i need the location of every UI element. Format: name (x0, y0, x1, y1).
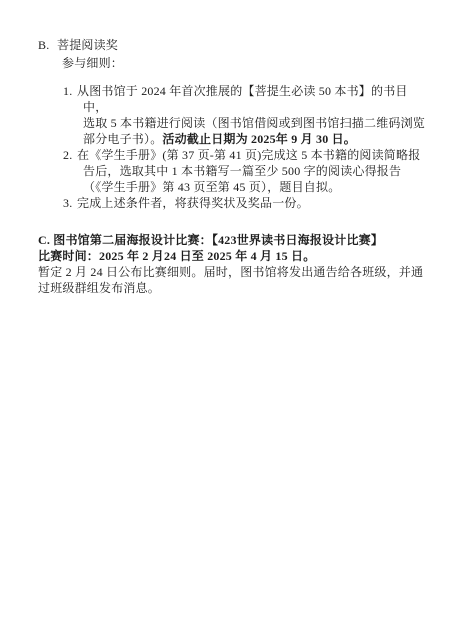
section-b-marker: B. (38, 37, 57, 53)
list-item-number: 1. (63, 83, 77, 99)
list-item-text: 完成上述条件者，将获得奖状及奖品一份。 (77, 196, 309, 210)
section-c-time: 比赛时间：2025 年 2 月24 日至 2025 年 4 月 15 日。 (38, 248, 430, 264)
list-item-number: 2. (63, 147, 77, 163)
rule-list: 1.从图书馆于 2024 年首次推展的【菩提生必读 50 本书】的书目中， 选取… (38, 83, 430, 211)
list-item-bold-text: 活动截止日期为 2025年 9 月 30 日。 (162, 132, 356, 146)
rule-list-item-2: 2.在《学生手册》(第 37 页-第 41 页)完成这 5 本书籍的阅读简略报 … (38, 147, 430, 195)
document-page: B.菩提阅读奖 参与细则： 1.从图书馆于 2024 年首次推展的【菩提生必读 … (0, 0, 451, 640)
list-item-number: 3. (63, 195, 77, 211)
section-b-title-row: B.菩提阅读奖 (38, 37, 431, 53)
rule-list-item-1: 1.从图书馆于 2024 年首次推展的【菩提生必读 50 本书】的书目中， 选取… (38, 83, 430, 147)
list-item-text: 在《学生手册》(第 37 页-第 41 页)完成这 5 本书籍的阅读简略报 告后… (77, 148, 420, 194)
section-c-body: 暂定 2 月 24 日公布比赛细则。届时，图书馆将发出通告给各班级，并通 过班级… (38, 264, 430, 296)
section-c: C. 图书馆第二届海报设计比赛：【423世界读书日海报设计比赛】 比赛时间：20… (38, 232, 430, 296)
section-b-subtitle: 参与细则： (62, 55, 431, 71)
section-b-title: 菩提阅读奖 (57, 38, 118, 52)
section-b: B.菩提阅读奖 参与细则： 1.从图书馆于 2024 年首次推展的【菩提生必读 … (38, 37, 431, 211)
rule-list-item-3: 3.完成上述条件者，将获得奖状及奖品一份。 (38, 195, 430, 211)
section-c-heading: C. 图书馆第二届海报设计比赛：【423世界读书日海报设计比赛】 (38, 232, 430, 248)
